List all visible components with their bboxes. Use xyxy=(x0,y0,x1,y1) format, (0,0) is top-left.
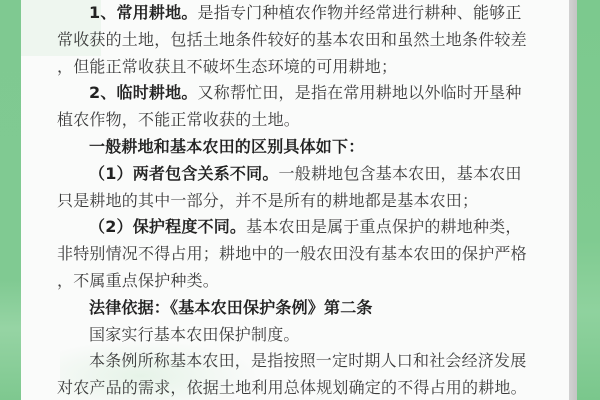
paragraph-line: ，但能正常收获且不破坏生态环境的可用耕地； xyxy=(57,54,537,81)
term-heading: 1、常用耕地。 xyxy=(89,3,198,22)
card-edge xyxy=(569,0,577,400)
paragraph-line: （2）保护程度不同。基本农田是属于重点保护的耕地种类， xyxy=(57,214,537,241)
text: 是指专门种植农作物并经常进行耕种、能够正 xyxy=(198,3,522,22)
document-body: 1、常用耕地。是指专门种植农作物并经常进行耕种、能够正 常收获的土地，包括土地条… xyxy=(57,0,537,400)
paragraph-line: 本条例所称基本农田，是指按照一定时期人口和社会经济发展 xyxy=(57,348,537,375)
term-heading: 2、临时耕地。 xyxy=(89,83,198,102)
background-left xyxy=(0,0,21,400)
paragraph-line: 对农产品的需求，依据土地利用总体规划确定的不得占用的耕地。 xyxy=(57,375,537,400)
background-right xyxy=(577,0,600,400)
paragraph-line: ，不属重点保护种类。 xyxy=(57,268,537,295)
paragraph-line: 1、常用耕地。是指专门种植农作物并经常进行耕种、能够正 xyxy=(57,0,537,27)
paragraph-line: 只是耕地的其中一部分，并不是所有的耕地都是基本农田； xyxy=(57,188,537,215)
term-heading: （2）保护程度不同。 xyxy=(89,217,246,236)
section-heading: 一般耕地和基本农田的区别具体如下： xyxy=(57,134,537,161)
legal-basis-heading: 法律依据：《基本农田保护条例》第二条 xyxy=(57,295,537,322)
term-heading: （1）两者包含关系不同。 xyxy=(89,164,279,183)
text: 一般耕地包含基本农田，基本农田 xyxy=(279,164,522,183)
paragraph-line: 2、临时耕地。又称帮忙田，是指在常用耕地以外临时开垦种 xyxy=(57,80,537,107)
paragraph-line: 植农作物，不能正常收获的土地。 xyxy=(57,107,537,134)
paragraph-line: 国家实行基本农田保护制度。 xyxy=(57,322,537,349)
paragraph-line: 常收获的土地，包括土地条件较好的基本农田和虽然土地条件较差 xyxy=(57,27,537,54)
paragraph-line: 非特别情况不得占用；耕地中的一般农田没有基本农田的保护严格 xyxy=(57,241,537,268)
paragraph-line: （1）两者包含关系不同。一般耕地包含基本农田，基本农田 xyxy=(57,161,537,188)
text: 又称帮忙田，是指在常用耕地以外临时开垦种 xyxy=(198,83,522,102)
text: 基本农田是属于重点保护的耕地种类， xyxy=(246,217,521,236)
